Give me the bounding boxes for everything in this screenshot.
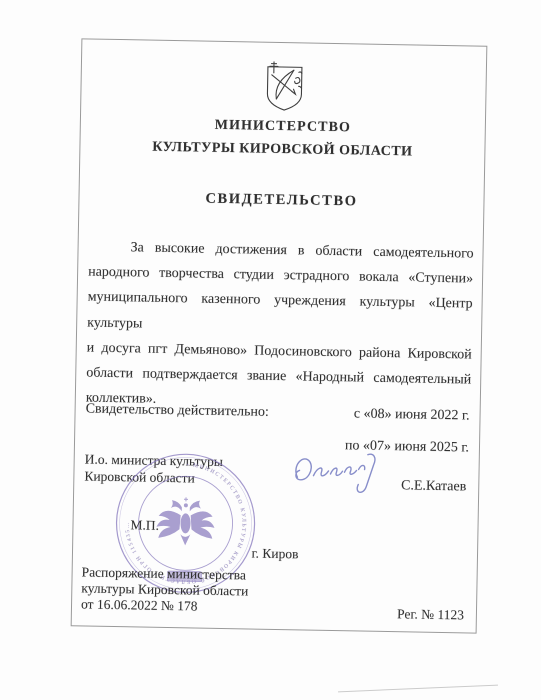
body-paragraph: За высокие достижения в области самодеят… (86, 234, 474, 417)
basis-order-reference: Распоряжение министерства культуры Киров… (81, 564, 249, 615)
ministry-name-line2: КУЛЬТУРЫ КИРОВСКОЙ ОБЛАСТИ (80, 138, 484, 161)
scanned-certificate-photo: МИНИСТЕРСТВО КУЛЬТУРЫ КИРОВСКОЙ ОБЛАСТИ … (0, 0, 541, 700)
paragraph-line: муниципального казенного учреждения куль… (87, 285, 473, 342)
paper-edge-shadow (338, 685, 498, 693)
signature-icon (280, 440, 393, 508)
signatory-name: С.Е.Катаев (401, 478, 467, 495)
kirov-coat-of-arms-icon (262, 60, 307, 113)
validity-label: Свидетельство действительно: (85, 401, 268, 420)
stamp-placeholder: М.П. (130, 517, 159, 534)
document-title: СВИДЕТЕЛЬСТВО (79, 188, 483, 212)
certificate-frame: МИНИСТЕРСТВО КУЛЬТУРЫ КИРОВСКОЙ ОБЛАСТИ … (71, 38, 488, 633)
ministry-name-line1: МИНИСТЕРСТВО (81, 115, 485, 138)
validity-from-date: с «08» июня 2022 г. (354, 406, 470, 424)
basis-line3: от 16.06.2022 № 178 (81, 596, 248, 615)
registration-number: Рег. № 1123 (397, 606, 464, 623)
